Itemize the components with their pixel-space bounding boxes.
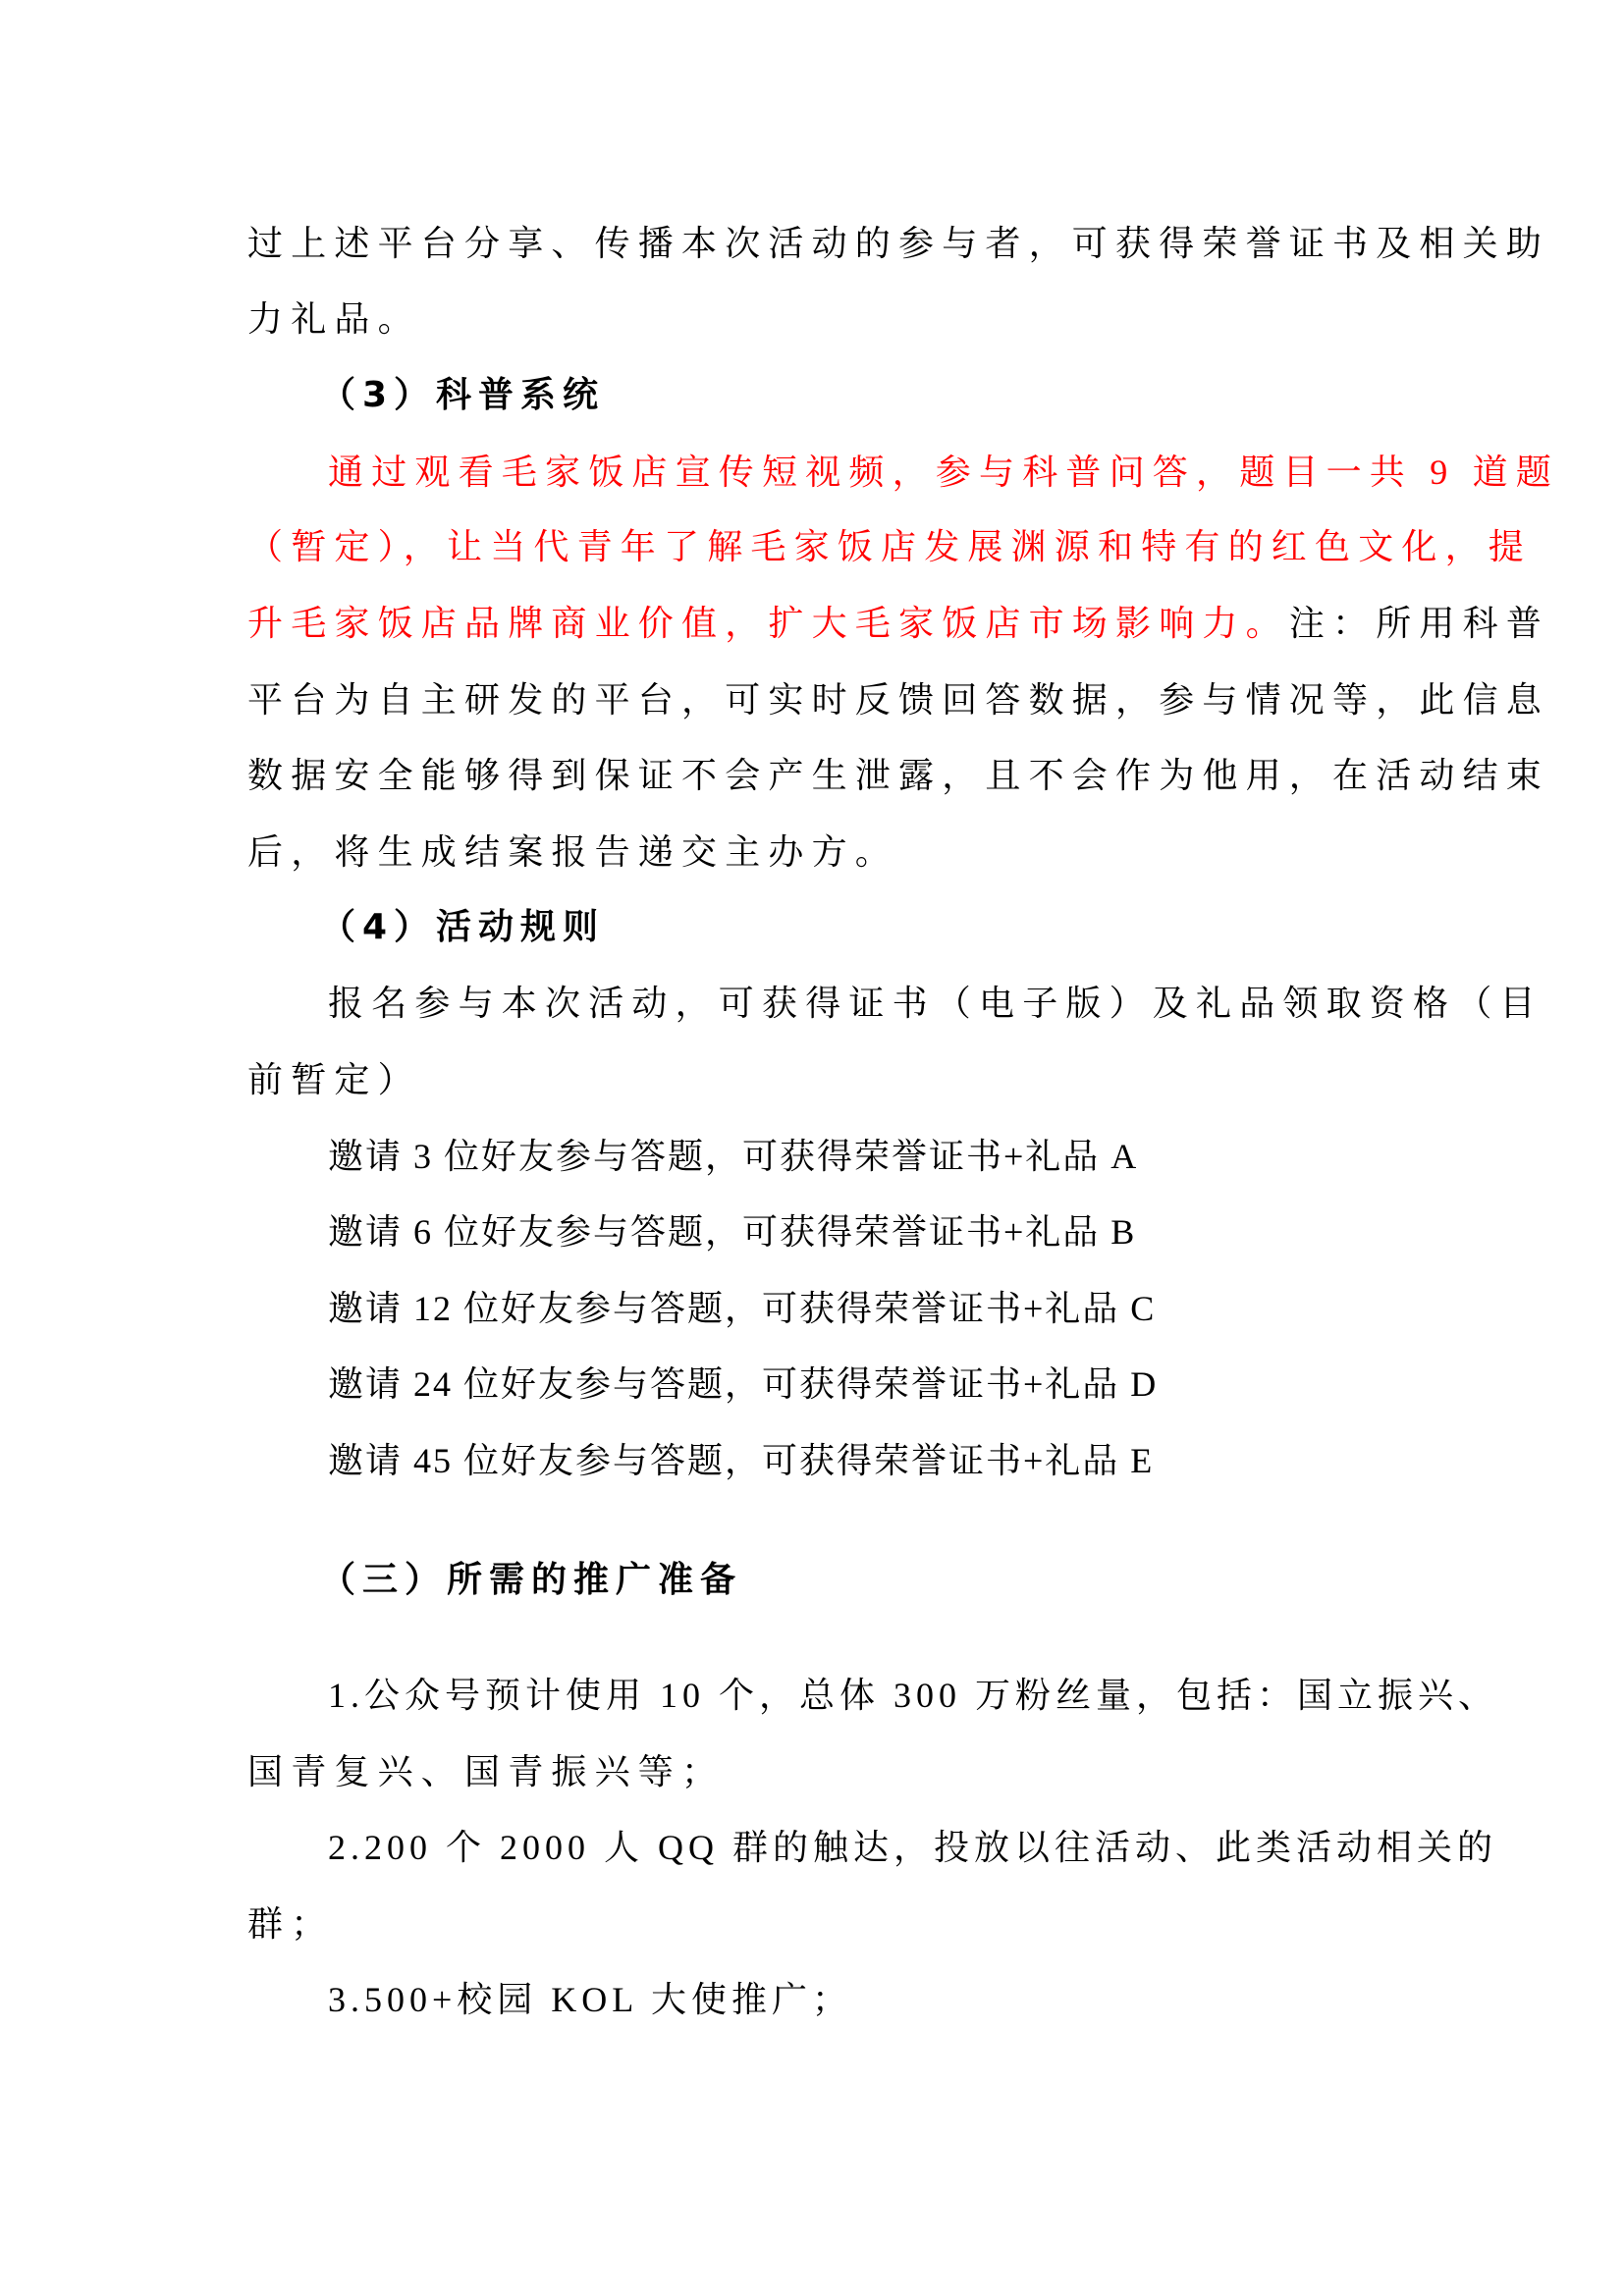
intro-line-2: 力礼品。: [247, 295, 1386, 343]
document-page: 过上述平台分享、传播本次活动的参与者，可获得荣誉证书及相关助 力礼品。 （3）科…: [0, 0, 1624, 2296]
promo-item-2-line-2: 群；: [247, 1900, 1386, 1948]
section-3-line-6: 后，将生成结案报告递交主办方。: [247, 828, 1386, 876]
section-3-red-line-2: （暂定），让当代青年了解毛家饭店发展渊源和特有的红色文化，提: [247, 523, 1386, 570]
promo-item-2-line-1: 2.200 个 2000 人 QQ 群的触达，投放以往活动、此类活动相关的: [328, 1824, 1467, 1871]
intro-line-1: 过上述平台分享、传播本次活动的参与者，可获得荣誉证书及相关助: [247, 220, 1386, 267]
section-3-note-part: 注：所用科普: [1289, 604, 1549, 643]
invite-rule-5: 邀请 45 位好友参与答题，可获得荣誉证书+礼品 E: [328, 1437, 1467, 1484]
invite-rule-2: 邀请 6 位好友参与答题，可获得荣誉证书+礼品 B: [328, 1208, 1467, 1255]
section-three-heading: （三）所需的推广准备: [320, 1557, 1459, 1604]
section-4-line-2: 前暂定）: [247, 1056, 1386, 1103]
promo-item-1-line-1: 1.公众号预计使用 10 个，总体 300 万粉丝量，包括：国立振兴、: [328, 1672, 1467, 1719]
section-4-line-1: 报名参与本次活动，可获得证书（电子版）及礼品领取资格（目: [328, 980, 1467, 1027]
section-3-red-part: 升毛家饭店品牌商业价值，扩大毛家饭店市场影响力。: [247, 604, 1289, 643]
promo-item-1-line-2: 国青复兴、国青振兴等；: [247, 1748, 1386, 1795]
section-3-line-5: 数据安全能够得到保证不会产生泄露，且不会作为他用，在活动结束: [247, 752, 1386, 799]
section-3-mixed-line: 升毛家饭店品牌商业价值，扩大毛家饭店市场影响力。注：所用科普: [247, 600, 1386, 647]
section-3-heading: （3）科普系统: [320, 372, 1459, 419]
promo-item-3-line-1: 3.500+校园 KOL 大使推广；: [328, 1976, 1467, 2023]
section-4-heading: （4）活动规则: [320, 904, 1459, 951]
invite-rule-4: 邀请 24 位好友参与答题，可获得荣誉证书+礼品 D: [328, 1361, 1467, 1408]
invite-rule-3: 邀请 12 位好友参与答题，可获得荣誉证书+礼品 C: [328, 1285, 1467, 1332]
section-3-red-line-1: 通过观看毛家饭店宣传短视频，参与科普问答，题目一共 9 道题: [328, 449, 1467, 496]
invite-rule-1: 邀请 3 位好友参与答题，可获得荣誉证书+礼品 A: [328, 1133, 1467, 1180]
section-3-line-4: 平台为自主研发的平台，可实时反馈回答数据，参与情况等，此信息: [247, 676, 1386, 723]
